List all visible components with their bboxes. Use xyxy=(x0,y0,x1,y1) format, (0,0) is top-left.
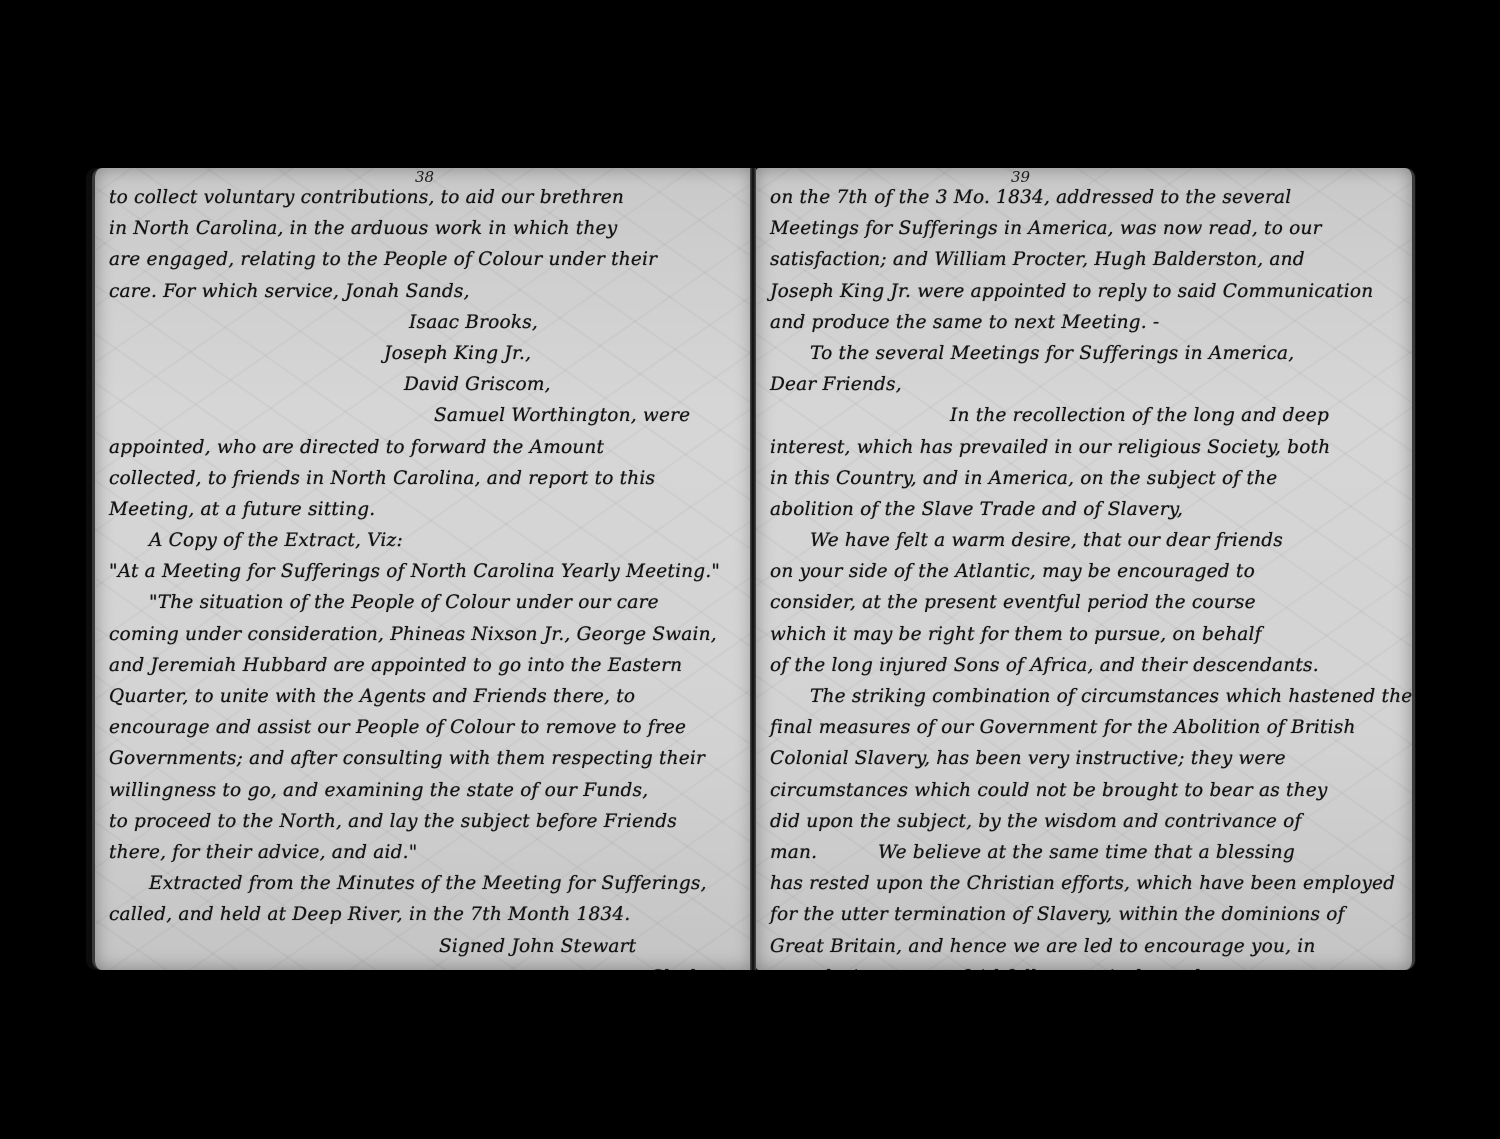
text-line: called, and held at Deep River, in the 7… xyxy=(109,899,743,930)
text-line: appointed, who are directed to forward t… xyxy=(109,432,743,463)
text-line: and Jeremiah Hubbard are appointed to go… xyxy=(109,650,743,681)
text-line: of the long injured Sons of Africa, and … xyxy=(770,650,1402,681)
letter-salutation: Dear Friends, xyxy=(770,369,1402,400)
text-line: encourage and assist our People of Colou… xyxy=(109,712,743,743)
right-page-text: on the 7th of the 3 Mo. 1834, addressed … xyxy=(770,182,1402,970)
text-line: consider, at the present eventful period… xyxy=(770,587,1402,618)
text-line: We have felt a warm desire, that our dea… xyxy=(770,525,1402,556)
text-line: on your side of the Atlantic, may be enc… xyxy=(770,556,1402,587)
text-line: The striking combination of circumstance… xyxy=(770,681,1402,712)
text-line: on the 7th of the 3 Mo. 1834, addressed … xyxy=(770,182,1402,213)
text-line: Quarter, to unite with the Agents and Fr… xyxy=(109,681,743,712)
text-line: Great Britain, and hence we are led to e… xyxy=(770,931,1402,962)
text-line: final measures of our Government for the… xyxy=(770,712,1402,743)
text-line: your desires, to act faithfully, yet wis… xyxy=(770,962,1402,970)
left-page: 38 to collect voluntary contributions, t… xyxy=(92,168,753,970)
signatory-line: Samuel Worthington, were xyxy=(109,400,743,431)
text-line: to collect voluntary contributions, to a… xyxy=(109,182,743,213)
text-line: has rested upon the Christian efforts, w… xyxy=(770,868,1402,899)
text-line: and produce the same to next Meeting. - xyxy=(770,307,1402,338)
open-ledger: 38 to collect voluntary contributions, t… xyxy=(86,168,1416,970)
text-line: there, for their advice, and aid." xyxy=(109,837,743,868)
signatory-line: Joseph King Jr., xyxy=(109,338,743,369)
text-line: man. We believe at the same time that a … xyxy=(770,837,1402,868)
text-line: for the utter termination of Slavery, wi… xyxy=(770,899,1402,930)
text-line: "The situation of the People of Colour u… xyxy=(109,587,743,618)
signatory-line: Isaac Brooks, xyxy=(109,307,743,338)
clerk-title: Clerk xyxy=(109,962,743,970)
text-line: did upon the subject, by the wisdom and … xyxy=(770,806,1402,837)
text-line: "At a Meeting for Sufferings of North Ca… xyxy=(109,556,743,587)
text-line: in North Carolina, in the arduous work i… xyxy=(109,213,743,244)
signature-line: Signed John Stewart xyxy=(109,931,743,962)
text-line: to proceed to the North, and lay the sub… xyxy=(109,806,743,837)
text-line: willingness to go, and examining the sta… xyxy=(109,775,743,806)
text-line: In the recollection of the long and deep xyxy=(770,400,1402,431)
right-page: 39 on the 7th of the 3 Mo. 1834, address… xyxy=(756,168,1415,970)
text-line: which it may be right for them to pursue… xyxy=(770,619,1402,650)
text-line: abolition of the Slave Trade and of Slav… xyxy=(770,494,1402,525)
text-line: Colonial Slavery, has been very instruct… xyxy=(770,743,1402,774)
letter-address: To the several Meetings for Sufferings i… xyxy=(770,338,1402,369)
text-line: Joseph King Jr. were appointed to reply … xyxy=(770,276,1402,307)
text-line: care. For which service, Jonah Sands, xyxy=(109,276,743,307)
text-line: coming under consideration, Phineas Nixs… xyxy=(109,619,743,650)
text-line: Governments; and after consulting with t… xyxy=(109,743,743,774)
text-line: collected, to friends in North Carolina,… xyxy=(109,463,743,494)
text-line: Meetings for Sufferings in America, was … xyxy=(770,213,1402,244)
text-line: are engaged, relating to the People of C… xyxy=(109,244,743,275)
text-line: in this Country, and in America, on the … xyxy=(770,463,1402,494)
text-line: satisfaction; and William Procter, Hugh … xyxy=(770,244,1402,275)
text-line: Meeting, at a future sitting. xyxy=(109,494,743,525)
document-viewer: 38 to collect voluntary contributions, t… xyxy=(0,0,1500,1139)
signatory-line: David Griscom, xyxy=(109,369,743,400)
text-line: circumstances which could not be brought… xyxy=(770,775,1402,806)
left-page-text: to collect voluntary contributions, to a… xyxy=(109,182,743,970)
text-line: interest, which has prevailed in our rel… xyxy=(770,432,1402,463)
extract-heading: A Copy of the Extract, Viz: xyxy=(109,525,743,556)
text-line: Extracted from the Minutes of the Meetin… xyxy=(109,868,743,899)
